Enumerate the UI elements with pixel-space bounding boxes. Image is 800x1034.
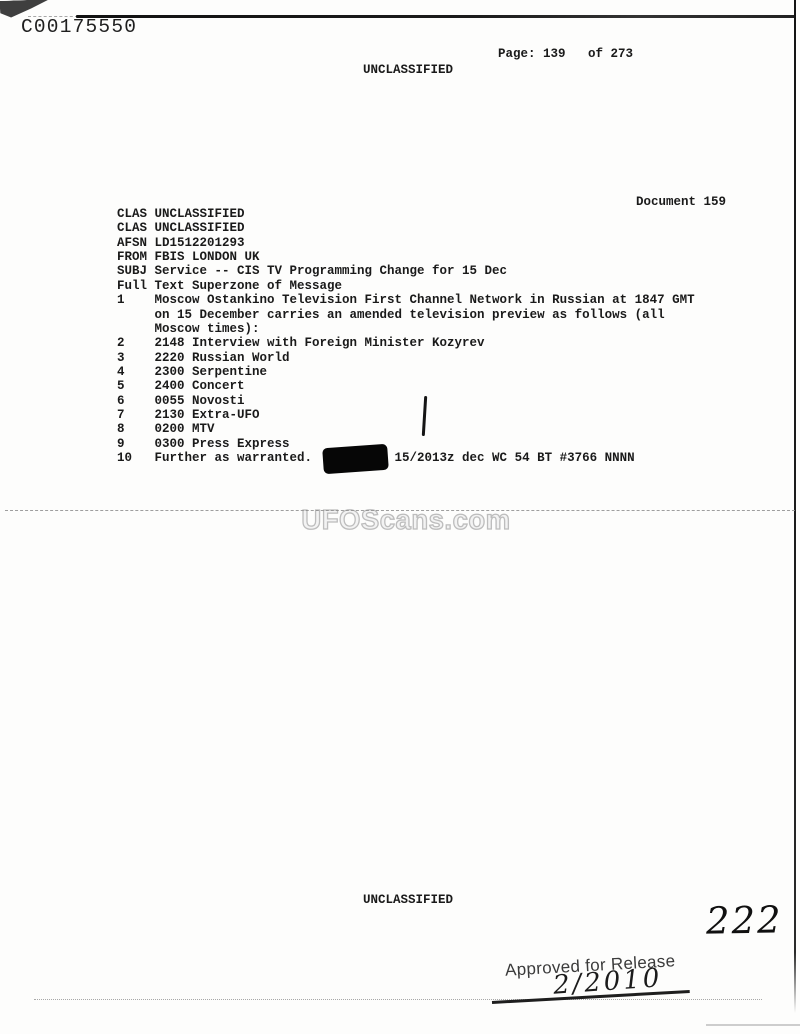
top-horizontal-rule [76, 15, 796, 18]
document-body: CLAS UNCLASSIFIED CLAS UNCLASSIFIED AFSN… [117, 207, 695, 465]
dashed-separator-line [5, 510, 795, 511]
bottom-right-scan-mark [706, 1024, 800, 1026]
page-number-label: Page: 139 of 273 [498, 47, 633, 61]
bottom-dotted-line [34, 999, 762, 1000]
classification-footer: UNCLASSIFIED [363, 893, 453, 907]
redaction-bar [322, 444, 389, 474]
scan-id: C00175550 [21, 16, 137, 38]
handwritten-page-number: 222 [706, 898, 783, 942]
document-body-text: CLAS UNCLASSIFIED CLAS UNCLASSIFIED AFSN… [117, 207, 695, 465]
classification-header: UNCLASSIFIED [363, 63, 453, 77]
watermark: UFOScans.com [296, 504, 516, 536]
right-edge-scan-line [794, 0, 796, 1013]
scanned-document-page: C00175550 Page: 139 of 273 UNCLASSIFIED … [0, 0, 800, 1034]
